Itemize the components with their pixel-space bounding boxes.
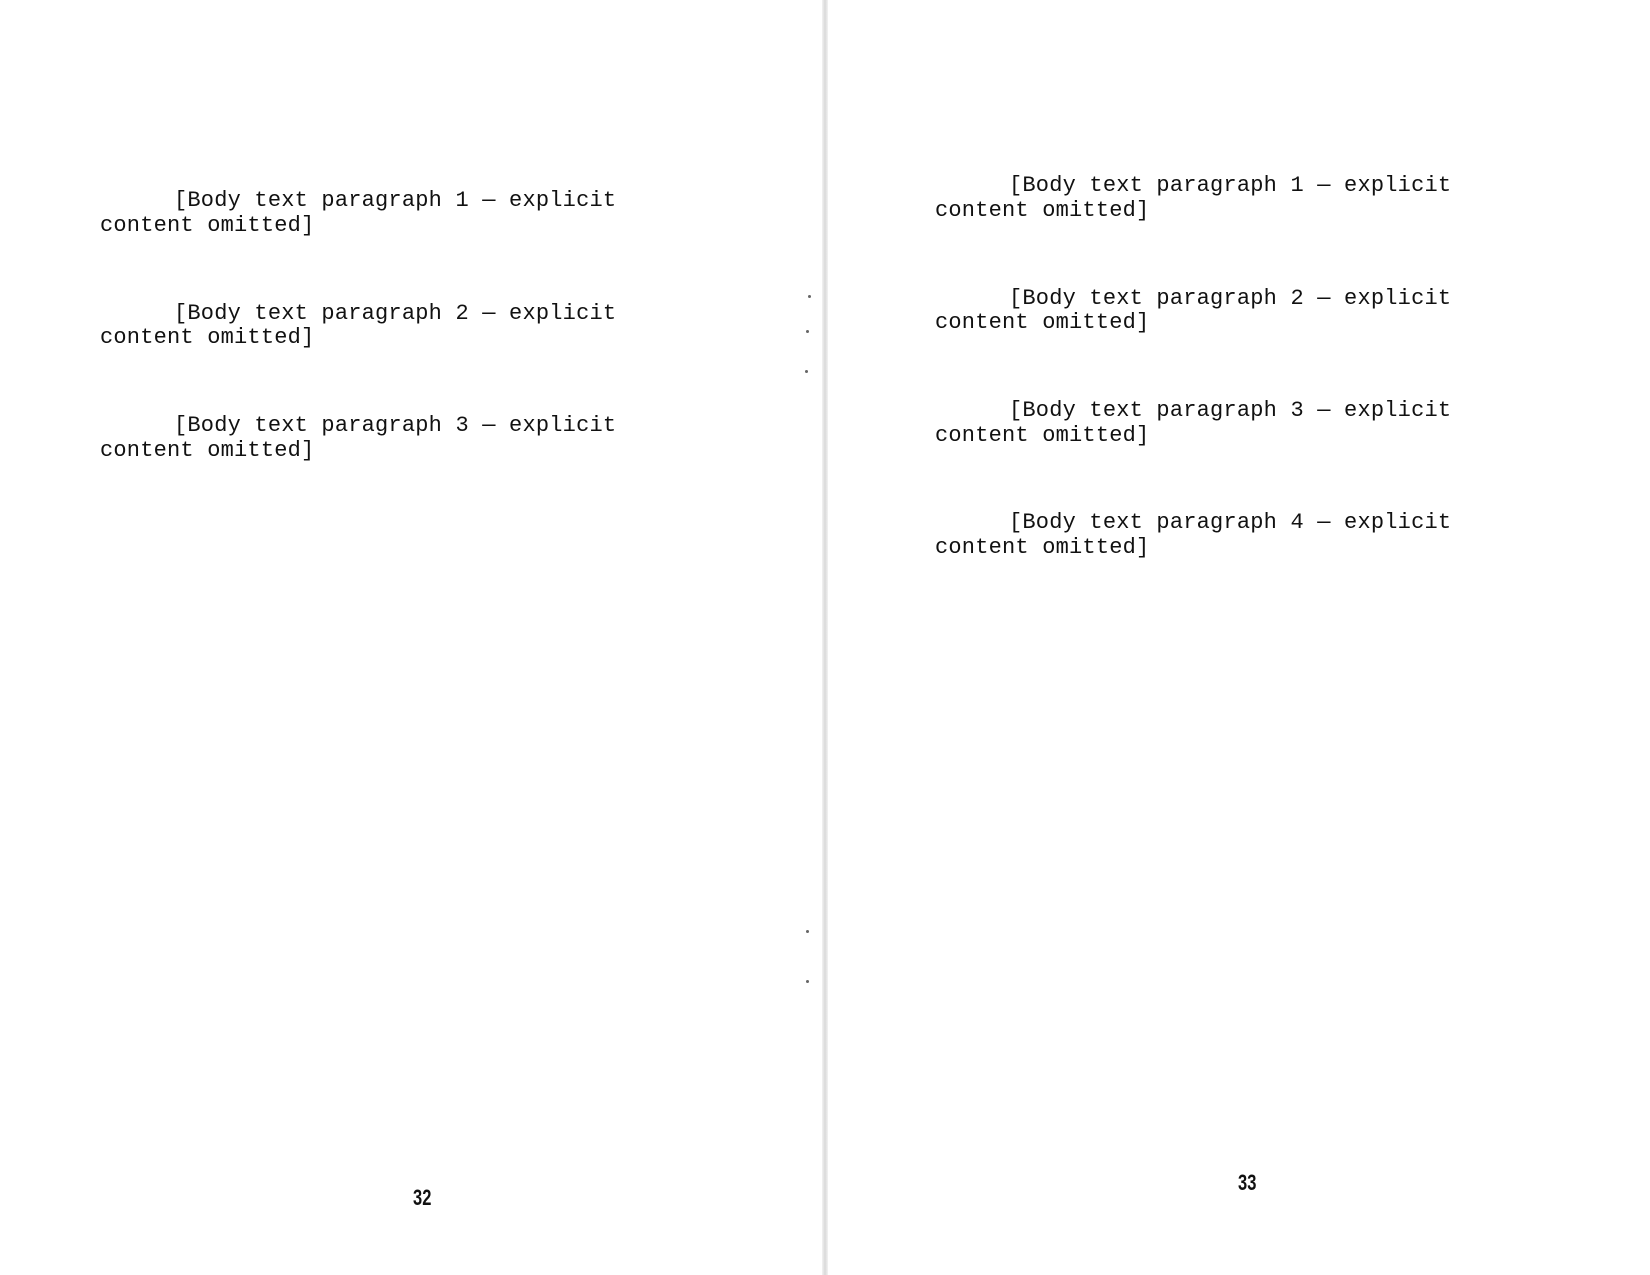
left-page: [Body text paragraph 1 — explicit conten…: [0, 0, 825, 1275]
right-page-body: [Body text paragraph 1 — explicit conten…: [935, 125, 1555, 624]
right-page: [Body text paragraph 1 — explicit conten…: [825, 0, 1650, 1275]
body-paragraph: [Body text paragraph 2 — explicit conten…: [100, 302, 700, 351]
scan-speck: [806, 980, 809, 983]
body-paragraph: [Body text paragraph 4 — explicit conten…: [935, 511, 1555, 560]
scan-speck: [805, 370, 808, 373]
scan-speck: [806, 930, 809, 933]
body-paragraph: [Body text paragraph 1 — explicit conten…: [935, 174, 1555, 223]
body-paragraph: [Body text paragraph 2 — explicit conten…: [935, 287, 1555, 336]
body-paragraph: [Body text paragraph 1 — explicit conten…: [100, 189, 700, 238]
page-number: 32: [413, 1185, 431, 1211]
scan-speck: [808, 295, 811, 298]
page-number: 33: [1238, 1170, 1256, 1196]
scan-speck: [806, 330, 809, 333]
left-page-body: [Body text paragraph 1 — explicit conten…: [100, 140, 700, 526]
body-paragraph: [Body text paragraph 3 — explicit conten…: [100, 414, 700, 463]
body-paragraph: [Body text paragraph 3 — explicit conten…: [935, 399, 1555, 448]
